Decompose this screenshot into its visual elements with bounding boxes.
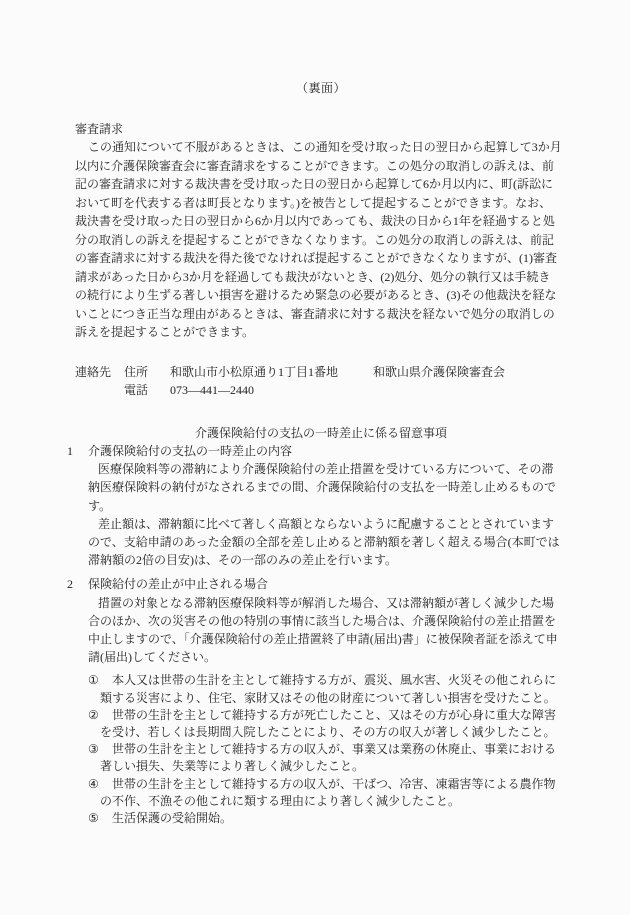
condition-item-1: ①本人又は世帯の生計を主として維持する方が、震災、風水害、火災その他これらに 類… [75,672,567,706]
text-line: 差止額は、滞納額に比べて著しく高額とならないように配慮することとされています [75,515,567,533]
condition-marker: ③ [88,741,112,758]
condition-first-line: ③世帯の生計を主として維持する方の収入が、事業又は業務の休廃止、事業における [75,741,567,758]
item-number: 1 [67,442,88,460]
text-line: 裁決書を受け取った日の翌日から6か月以内であっても、裁決の日から1年を経過すると… [75,212,567,231]
text-line: ので、支給申請のあった金額の全部を差し止めると滞納額を著しく超える場合(本町では [75,533,567,551]
condition-item-2: ②世帯の生計を主として維持する方が死亡したこと、又はその方が心身に重大な障害 を… [75,707,567,741]
appeal-title: 審査請求 [75,120,567,139]
text-line: 合のほか、次の災害その他の特別の事情に該当した場合は、介護保険給付の差止措置を [75,612,567,630]
condition-text: 世帯の生計を主として維持する方の収入が、事業又は業務の休廃止、事業における [112,742,556,756]
text-line: 措置の対象となる滞納医療保険料等が解消した場合、又は滞納額が著しく減少した場 [75,594,567,612]
condition-list: ①本人又は世帯の生計を主として維持する方が、震災、風水害、火災その他これらに 類… [75,672,567,827]
appeal-section: 審査請求 この通知について不服があるときは、この通知を受け取った日の翌日から起算… [75,120,567,342]
address-label: 住所 [124,363,170,382]
contact-label: 連絡先 [75,363,124,382]
item-title-line: 1介護保険給付の支払の一時差止の内容 [75,442,567,460]
condition-text: 生活保護の受給開始。 [112,811,232,825]
condition-text: 世帯の生計を主として維持する方の収入が、干ばつ、冷害、凍霜害等による農作物 [112,777,556,791]
notice-item-1: 1介護保険給付の支払の一時差止の内容 医療保険料等の滞納により介護保険給付の差止… [75,442,567,569]
notice-section: 介護保険給付の支払の一時差止に係る留意事項 1介護保険給付の支払の一時差止の内容… [75,424,567,828]
text-line: おいて町を代表する者は町長となります。)を被告として提起することができます。なお… [75,194,567,213]
notice-heading: 介護保険給付の支払の一時差止に係る留意事項 [75,424,567,443]
condition-marker: ⑤ [88,810,112,827]
text-line: この通知について不服があるときは、この通知を受け取った日の翌日から起算して3か月 [75,138,567,157]
document-content: （裏面） 審査請求 この通知について不服があるときは、この通知を受け取った日の翌… [75,0,567,827]
text-line: 請求があった日から3か月を経過しても裁決がないとき、(2)処分、処分の執行又は手… [75,268,567,287]
condition-item-5: ⑤生活保護の受給開始。 [75,810,567,827]
item-title-line: 2保険給付の差止が中止される場合 [75,575,567,593]
condition-text: 著しい損失、失業等により著しく減少したこと。 [75,758,567,775]
text-line: の続行により生ずる著しい損害を避けるため緊急の必要があるとき、(3)その他裁決を… [75,286,567,305]
organization-name: 和歌山県介護保険審査会 [373,363,505,382]
text-line: 記の審査請求に対する裁決書を受け取った日の翌日から起算して6か月以内に、町(訴訟… [75,175,567,194]
condition-marker: ④ [88,776,112,793]
text-line: 請(届出)してください。 [75,648,567,666]
item-title: 保険給付の差止が中止される場合 [88,577,268,591]
phone-value: 073―441―2440 [170,381,254,400]
phone-label: 電話 [124,381,170,400]
text-line: 滞納額の2倍の目安)は、その一部のみの差止を行います。 [75,551,567,569]
text-line: 医療保険料等の滞納により介護保険給付の差止措置を受けている方について、その滞 [75,460,567,478]
text-line: 以内に介護保険審査会に審査請求をすることができます。この処分の取消しの訴えは、前 [75,157,567,176]
notice-item-2: 2保険給付の差止が中止される場合 措置の対象となる滞納医療保険料等が解消した場合… [75,575,567,666]
condition-item-3: ③世帯の生計を主として維持する方の収入が、事業又は業務の休廃止、事業における 著… [75,741,567,775]
side-label: （裏面） [75,79,567,98]
condition-item-4: ④世帯の生計を主として維持する方の収入が、干ばつ、冷害、凍霜害等による農作物 の… [75,776,567,810]
condition-first-line: ②世帯の生計を主として維持する方が死亡したこと、又はその方が心身に重大な障害 [75,707,567,724]
document-page: （裏面） 審査請求 この通知について不服があるときは、この通知を受け取った日の翌… [0,0,630,915]
condition-marker: ① [88,672,112,689]
text-line: 分の取消しの訴えを提起することができなくなります。この処分の取消しの訴えは、前記 [75,231,567,250]
condition-text: 類する災害により、住宅、家財又はその他の財産について著しい損害を受けたこと。 [75,690,567,707]
text-line: 納医療保険料の納付がなされるまでの間、介護保険給付の支払を一時差し止めるもので [75,478,567,496]
condition-marker: ② [88,707,112,724]
condition-text: 本人又は世帯の生計を主として維持する方が、震災、風水害、火災その他これらに [112,673,556,687]
address-value: 和歌山市小松原通り1丁目1番地 [170,363,373,382]
condition-text: の不作、不漁その他これに類する理由により著しく減少したこと。 [75,793,567,810]
contact-block: 連絡先住所和歌山市小松原通り1丁目1番地和歌山県介護保険審査会 電話073―44… [75,363,567,400]
condition-first-line: ④世帯の生計を主として維持する方の収入が、干ばつ、冷害、凍霜害等による農作物 [75,776,567,793]
condition-first-line: ⑤生活保護の受給開始。 [75,810,567,827]
text-line: の審査請求に対する裁決を得た後でなければ提起することができなくなりますが、(1)… [75,249,567,268]
text-line: 中止しますので、「介護保険給付の差止措置終了申請(届出)書」に被保険者証を添えて… [75,630,567,648]
condition-text: 世帯の生計を主として維持する方が死亡したこと、又はその方が心身に重大な障害 [112,708,556,722]
text-line: 訴えを提起することができます。 [75,323,567,342]
text-line: いことにつき正当な理由があるときは、審査請求に対する裁決を経ないで処分の取消しの [75,305,567,324]
condition-text: を受け、若しくは長期間入院したことにより、その方の収入が著しく減少したこと。 [75,724,567,741]
item-number: 2 [67,575,88,593]
contact-address-row: 連絡先住所和歌山市小松原通り1丁目1番地和歌山県介護保険審査会 [75,363,567,382]
condition-first-line: ①本人又は世帯の生計を主として維持する方が、震災、風水害、火災その他これらに [75,672,567,689]
text-line: す。 [75,497,567,515]
contact-phone-row: 電話073―441―2440 [75,381,567,400]
item-title: 介護保険給付の支払の一時差止の内容 [88,444,292,458]
